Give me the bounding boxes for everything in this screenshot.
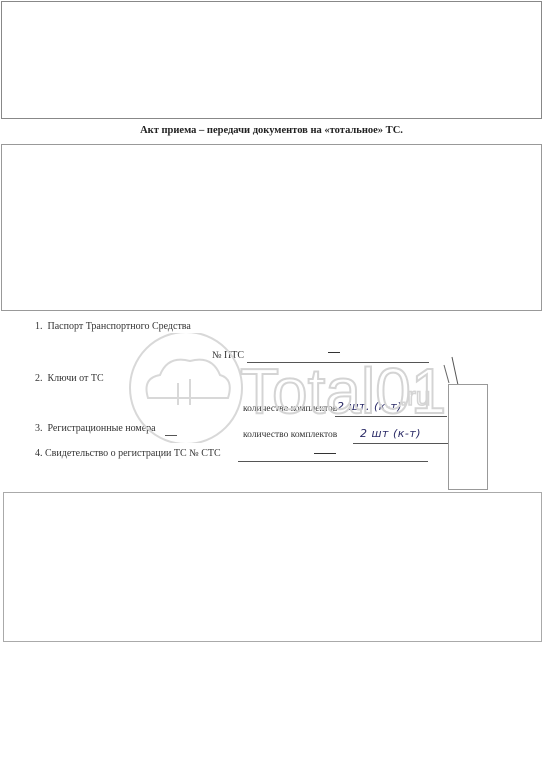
keys-qty-label: количество комплектов: [243, 404, 337, 414]
redacted-header-block: [1, 1, 542, 119]
item-label: Ключи от ТС: [48, 373, 104, 384]
item-number: 4.: [35, 448, 43, 459]
redacted-signatures-block: [3, 492, 542, 642]
pts-field-value: [328, 352, 340, 353]
item-number: 3.: [35, 423, 43, 434]
item-number: 2.: [35, 373, 43, 384]
svg-text:.ru: .ru: [400, 381, 430, 411]
keys-qty-line: [335, 416, 447, 417]
item-label: Регистрационные номера: [48, 423, 156, 434]
sts-field-line: [238, 461, 428, 462]
plates-qty-label: количество комплектов: [243, 430, 337, 440]
sts-field-value: [314, 453, 336, 454]
pts-label: № ПТС: [212, 350, 244, 361]
pts-field-line: [247, 362, 429, 363]
redacted-side-stamp: [448, 384, 488, 490]
item-label: Паспорт Транспортного Средства: [48, 321, 191, 332]
item-4: 4. Свидетельство о регистрации ТС № СТС: [35, 448, 221, 459]
document-title: Акт приема – передачи документов на «тот…: [0, 125, 543, 136]
item-1: 1. Паспорт Транспортного Средства: [35, 321, 191, 332]
item-label: Свидетельство о регистрации ТС № СТС: [45, 448, 221, 459]
item-number: 1.: [35, 321, 43, 332]
plates-qty-line: [353, 443, 448, 444]
plates-field-line-short: [165, 435, 177, 436]
item-3: 3. Регистрационные номера: [35, 423, 156, 434]
plates-qty-value: 2 шт (к-т): [360, 427, 421, 440]
keys-qty-value: 2 шт. (к-т): [337, 400, 402, 413]
redacted-parties-block: [1, 144, 542, 311]
item-2: 2. Ключи от ТС: [35, 373, 104, 384]
